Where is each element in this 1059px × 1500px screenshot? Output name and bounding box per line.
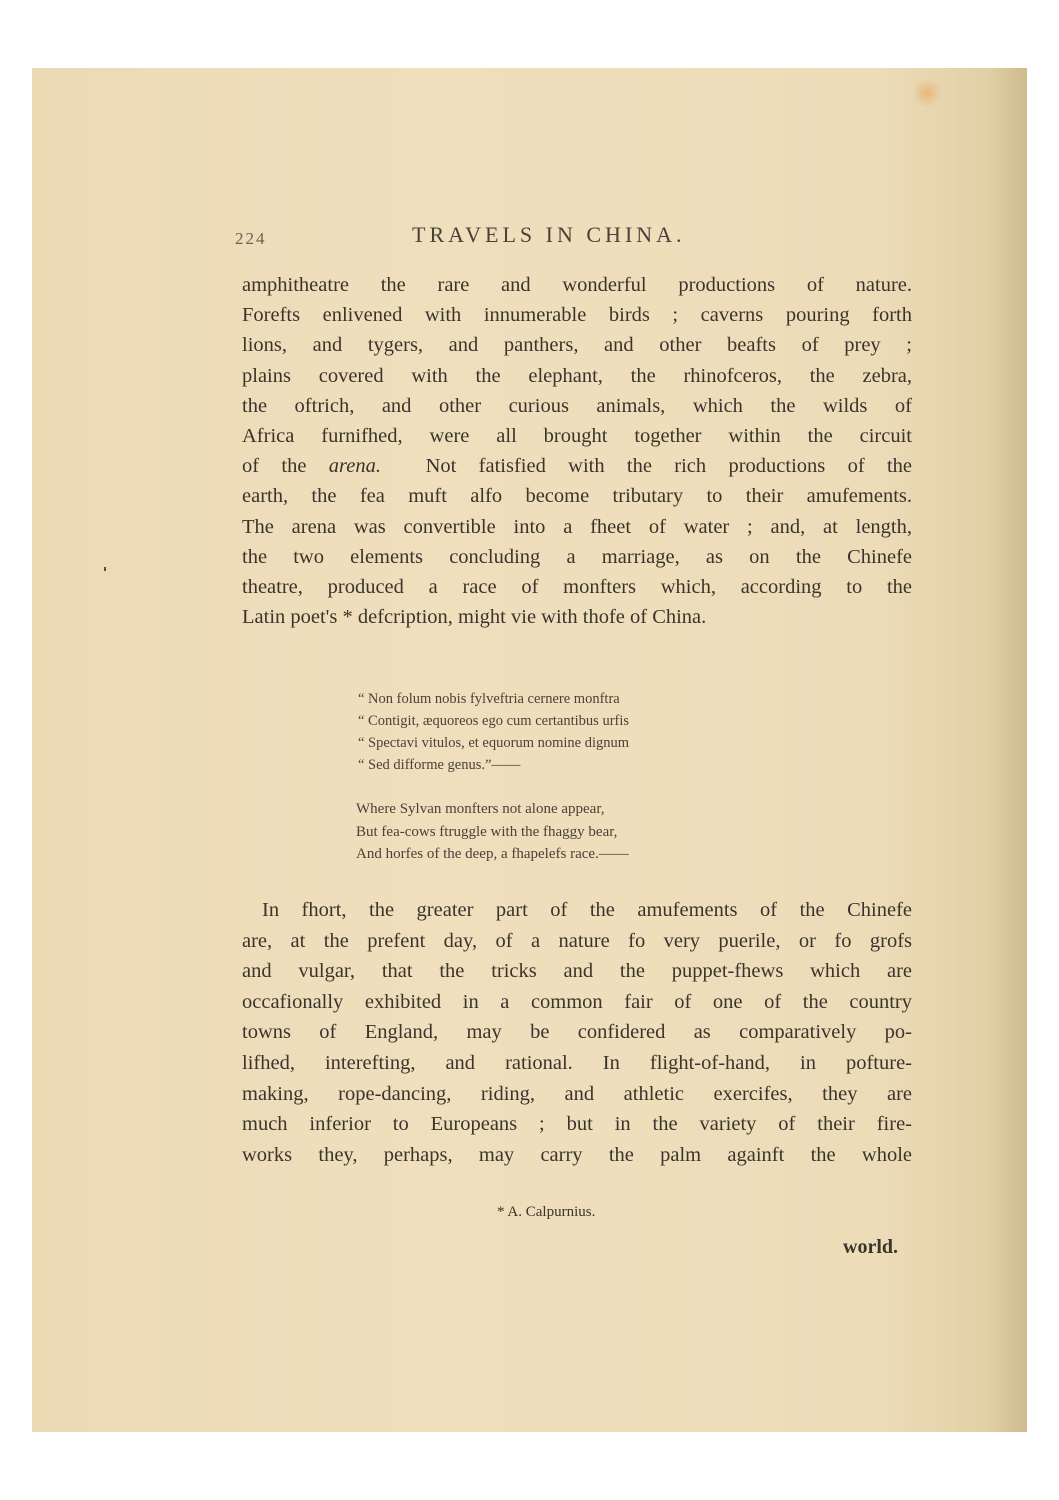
verse-line: But fea-cows ftruggle with the fhaggy be… [356, 821, 629, 844]
italic-word: arena. [329, 455, 381, 477]
text-line: the oftrich, and other curious animals, … [242, 391, 912, 421]
text-line: lifhed, interefting, and rational. In fl… [242, 1048, 912, 1079]
text-line: towns of England, may be confidered as c… [242, 1017, 912, 1048]
page-number: 224 [235, 229, 267, 249]
verse-line: “ Non folum nobis fylveftria cernere mon… [358, 688, 629, 710]
text-line: occafionally exhibited in a common fair … [242, 987, 912, 1018]
paper-stain [912, 78, 942, 108]
verse-line: And horfes of the deep, a fhapelefs race… [356, 843, 629, 866]
verse-line: Where Sylvan monfters not alone appear, [356, 798, 629, 821]
text-line: theatre, produced a race of monfters whi… [242, 572, 912, 602]
running-head: TRAVELS IN CHINA. [412, 222, 686, 248]
text-line: works they, perhaps, may carry the palm … [242, 1140, 912, 1171]
text-line: lions, and tygers, and panthers, and oth… [242, 330, 912, 360]
verse-line: “ Contigit, æquoreos ego cum certantibus… [358, 710, 629, 732]
text-line: Forefts enlivened with innumerable birds… [242, 300, 912, 330]
text-line: plains covered with the elephant, the rh… [242, 361, 912, 391]
text-line: In fhort, the greater part of the amufem… [242, 895, 912, 926]
text-line: much inferior to Europeans ; but in the … [242, 1109, 912, 1140]
verse-line: “ Sed difforme genus.”—— [358, 754, 629, 776]
text-line: Africa furnifhed, were all brought toget… [242, 421, 912, 451]
text-line: earth, the fea muft alfo become tributar… [242, 481, 912, 511]
text-line: and vulgar, that the tricks and the pupp… [242, 956, 912, 987]
text-line: the two elements concluding a marriage, … [242, 542, 912, 572]
paragraph-2: In fhort, the greater part of the amufem… [242, 895, 912, 1170]
footnote: * A. Calpurnius. [497, 1204, 595, 1221]
text-line: of the arena. Not fatisfied with the ric… [242, 451, 912, 481]
text-line: Latin poet's * defcription, might vie wi… [242, 602, 912, 632]
text-line: making, rope-dancing, riding, and athlet… [242, 1079, 912, 1110]
latin-quotation: “ Non folum nobis fylveftria cernere mon… [358, 688, 629, 776]
text-fragment: of the [242, 455, 306, 477]
paragraph-1: amphitheatre the rare and wonderful prod… [242, 270, 912, 632]
ink-speck [104, 567, 106, 571]
catchword: world. [843, 1236, 898, 1259]
text-line: are, at the prefent day, of a nature fo … [242, 926, 912, 957]
english-verse-translation: Where Sylvan monfters not alone appear, … [356, 798, 629, 866]
verse-line: “ Spectavi vitulos, et equorum nomine di… [358, 732, 629, 754]
text-line: amphitheatre the rare and wonderful prod… [242, 270, 912, 300]
text-line: The arena was convertible into a fheet o… [242, 512, 912, 542]
text-fragment: Not fatisfied with the rich productions … [426, 455, 912, 477]
